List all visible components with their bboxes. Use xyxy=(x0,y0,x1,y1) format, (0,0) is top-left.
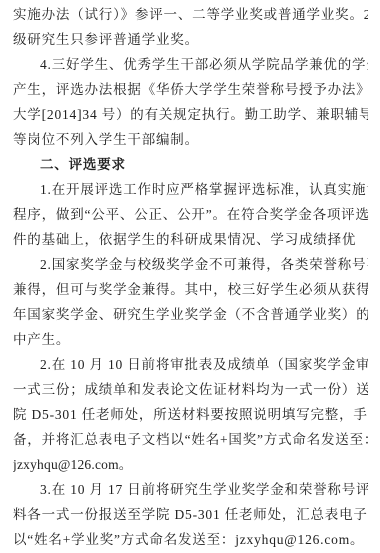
document-line: 兼得，但可与奖学金兼得。其中，校三好学生必须从获得当学 xyxy=(13,277,368,302)
document-line: 料各一式一份报送至学院 D5-301 任老师处，汇总表电子文档 xyxy=(13,502,368,527)
document-line: 产生，评选办法根据《华侨大学学生荣誉称号授予办法》（华 xyxy=(13,77,368,102)
document-line: 院 D5-301 任老师处，所送材料要按照说明填写完整，手续完 xyxy=(13,402,368,427)
document-line: 级研究生只参评普通学业奖。 xyxy=(13,27,368,52)
document-line: 大学[2014]34 号）的有关规定执行。勤工助学、兼职辅导员 xyxy=(13,102,368,127)
document-line: 中产生。 xyxy=(13,327,368,352)
document-line: 3.在 10 月 17 日前将研究生学业奖学金和荣誉称号评审材 xyxy=(13,477,368,502)
document-line: 1.在开展评选工作时应严格掌握评选标准，认真实施评选 xyxy=(13,177,368,202)
section-heading: 二、评选要求 xyxy=(13,152,368,177)
document-line: 一式三份；成绩单和发表论文佐证材料均为一式一份）送至学 xyxy=(13,377,368,402)
document-line: 等岗位不列入学生干部编制。 xyxy=(13,127,368,152)
document-line: 2.国家奖学金与校级奖学金不可兼得，各类荣誉称号不可 xyxy=(13,252,368,277)
email-address: jzxyhqu@126.com。 xyxy=(13,452,368,477)
document-page: 实施办法（试行）》参评一、二等学业奖或普通学业奖。2017 级研究生只参评普通学… xyxy=(0,0,380,553)
document-line: 实施办法（试行）》参评一、二等学业奖或普通学业奖。2017 xyxy=(13,2,368,27)
document-line: 以“姓名+学业奖”方式命名发送至：jzxyhqu@126.com。 xyxy=(13,527,368,552)
document-line: 程序，做到“公平、公正、公开”。在符合奖学金各项评选条 xyxy=(13,202,368,227)
document-line: 2.在 10 月 10 日前将审批表及成绩单（国家奖学金审批表 xyxy=(13,352,368,377)
document-line: 4.三好学生、优秀学生干部必须从学院品学兼优的学生中 xyxy=(13,52,368,77)
document-line: 备，并将汇总表电子文档以“姓名+国奖”方式命名发送至： xyxy=(13,427,368,452)
document-line: 年国家奖学金、研究生学业奖学金（不含普通学业奖）的学生 xyxy=(13,302,368,327)
document-line: 件的基础上，依据学生的科研成果情况、学习成绩择优 xyxy=(13,227,368,252)
